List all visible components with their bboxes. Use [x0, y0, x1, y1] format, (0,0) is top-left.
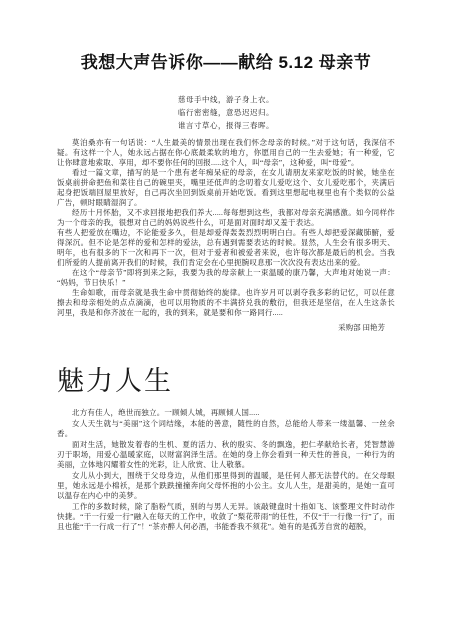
article-body: 莫泊桑亦有一句话说：“人生最美的情景出现在我们怀念母亲的时候。”对于这句话，我深… — [57, 138, 395, 318]
poem: 慈母手中线，游子身上衣。 临行密密缝，意恐迟迟归。 谁言寸草心，报得三春晖。 — [57, 93, 395, 132]
section-body: 北方有佳人，绝世而独立。一顾倾人城，再顾倾人国..... 女人天生就与“美丽”这… — [57, 408, 395, 532]
charm-life-section: 魅力人生 北方有佳人，绝世而独立。一顾倾人城，再顾倾人国..... 女人天生就与… — [57, 359, 395, 532]
section-title: 魅力人生 — [57, 359, 395, 398]
paragraph: 女儿从小到大，围绕于父母身边，从他们那里得到的温暖，是任何人都无法替代的。在父母… — [57, 471, 395, 501]
article-title: 我想大声告诉你——献给 5.12 母亲节 — [57, 48, 395, 73]
paragraph: 经历十月怀胎，又不求回报地把我们养大.....每每想到这些，我都对母亲充满感激。… — [57, 208, 395, 228]
paragraph: 莫泊桑亦有一句话说：“人生最美的情景出现在我们怀念母亲的时候。”对于这句话，我深… — [57, 138, 395, 168]
paragraph: 女人天生就与“美丽”这个词结缘，本能的善意，随性的自然，总能给人带来一缕温馨、一… — [57, 419, 395, 439]
poem-line: 慈母手中线，游子身上衣。 — [57, 93, 395, 106]
poem-line: 谁言寸草心，报得三春晖。 — [57, 119, 395, 132]
signature: 采购部 田艳芳 — [57, 323, 395, 333]
mothers-day-article: 我想大声告诉你——献给 5.12 母亲节 慈母手中线，游子身上衣。 临行密密缝，… — [57, 48, 395, 333]
paragraph: 看过一篇文章，描写的是一个患有老年痴呆症的母亲，在女儿请朋友来家吃饭的时候，她坐… — [57, 168, 395, 208]
paragraph: 生命如歌，而母亲就是我生命中贯彻始终的旋律。也许岁月可以剥夺我多彩的记忆，可以任… — [57, 288, 395, 318]
paragraph: 北方有佳人，绝世而独立。一顾倾人城，再顾倾人国..... — [57, 408, 395, 418]
paragraph: 在这个“母亲节”即将到来之际，我要为我的母亲献上一束温暖的康乃馨，大声地对她说一… — [57, 268, 395, 288]
document-page: 我想大声告诉你——献给 5.12 母亲节 慈母手中线，游子身上衣。 临行密密缝，… — [0, 0, 451, 638]
paragraph: 工作的多数时候，除了脂粉气质，别的与男人无异。该敲键盘时十指如飞、该整理文件时动… — [57, 502, 395, 532]
paragraph: 面对生活，她散发着春的生机、夏的活力、秋的殷实、冬的飘逸，把仁孝献给长者，凭智慧… — [57, 440, 395, 470]
paragraph: 有些人把爱放在嘴边，不论能爱多久，但是却爱得轰轰烈烈明明白白。有些人却把爱深藏肺… — [57, 228, 395, 268]
poem-line: 临行密密缝，意恐迟迟归。 — [57, 106, 395, 119]
